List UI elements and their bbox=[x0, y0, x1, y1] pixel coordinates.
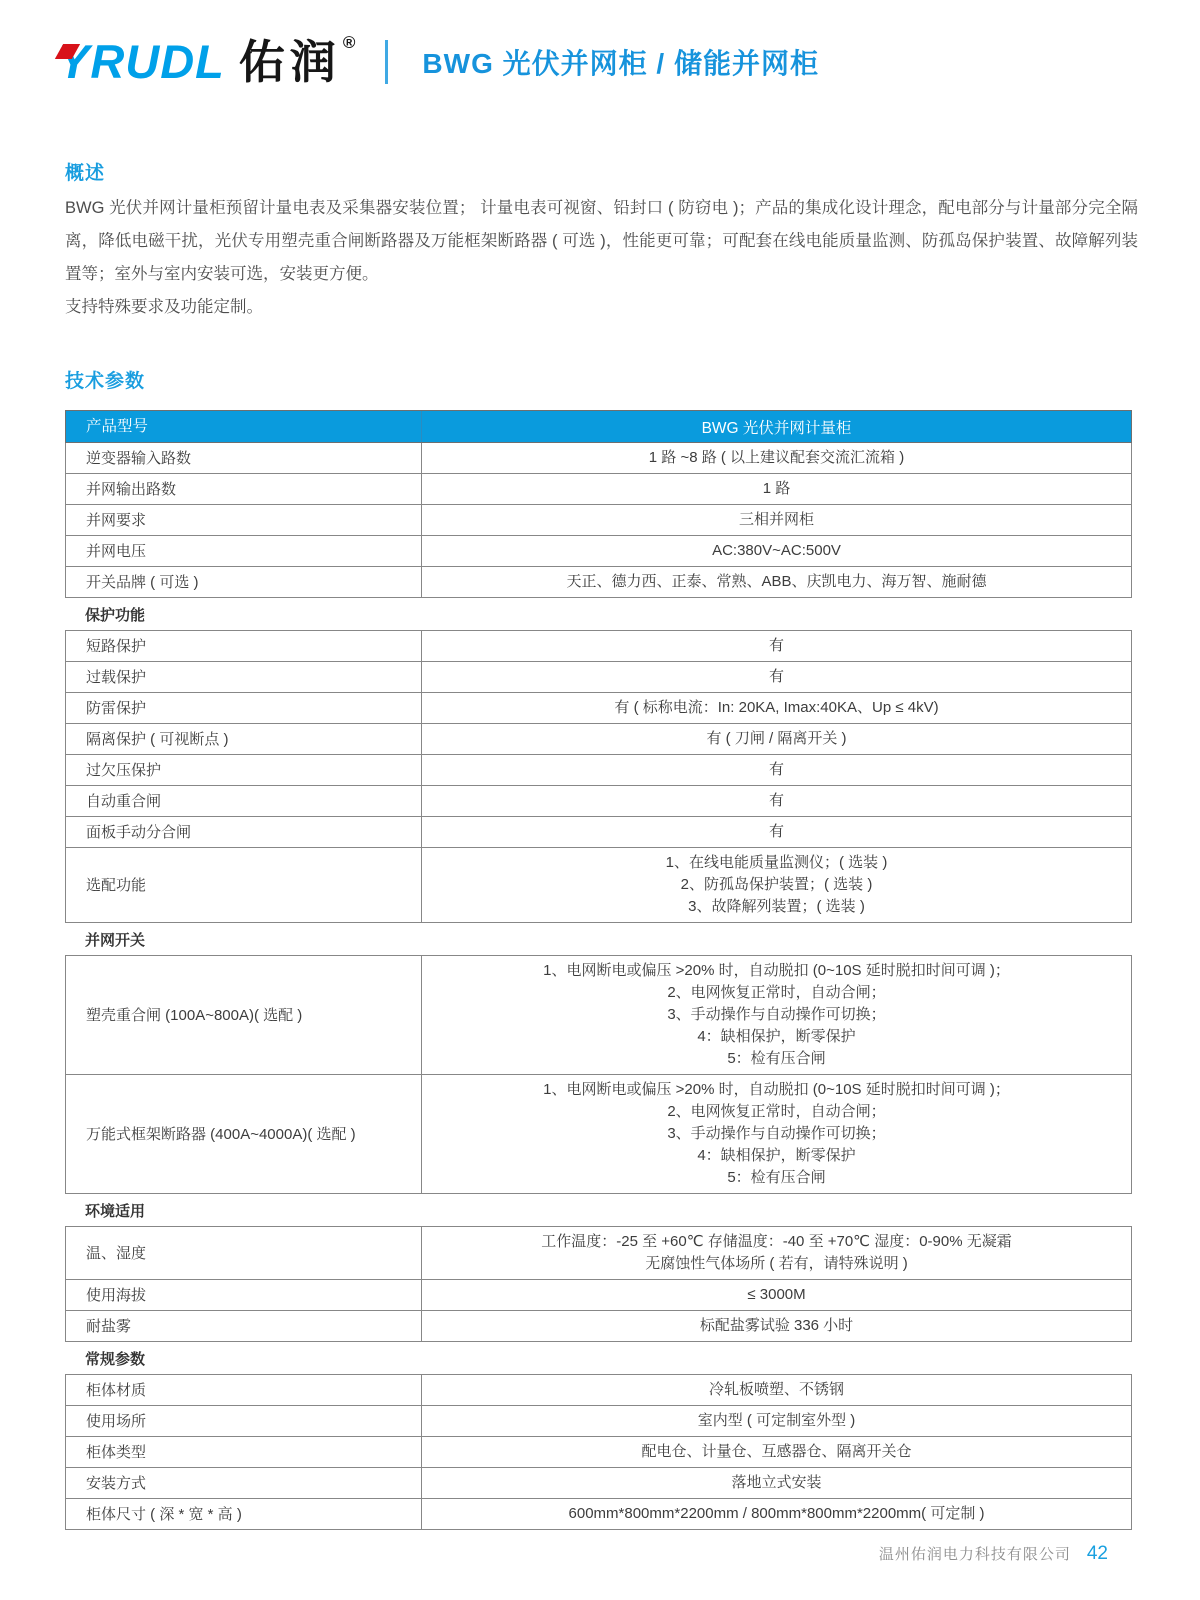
row-value: 1、电网断电或偏压 >20% 时，自动脱扣 (0~10S 延时脱扣时间可调 )；… bbox=[422, 1075, 1131, 1193]
row-label: 柜体类型 bbox=[66, 1437, 422, 1467]
row-label: 隔离保护 ( 可视断点 ) bbox=[66, 724, 422, 754]
row-value-line: 5：检有压合闸 bbox=[727, 1048, 825, 1070]
table-row: 并网要求三相并网柜 bbox=[65, 505, 1132, 536]
page-title: BWG 光伏并网柜 / 储能并网柜 bbox=[422, 42, 819, 82]
row-value-line: 有 ( 刀闸 / 隔离开关 ) bbox=[707, 728, 847, 750]
section-label: 保护功能 bbox=[65, 598, 1132, 630]
row-value: 三相并网柜 bbox=[422, 505, 1131, 535]
row-value-line: 有 bbox=[769, 821, 784, 843]
section-label: 常规参数 bbox=[65, 1342, 1132, 1374]
section-row: 保护功能 bbox=[65, 598, 1132, 631]
logo-text-en: YRUDL bbox=[58, 32, 225, 92]
row-label: 使用海拔 bbox=[66, 1280, 422, 1310]
row-value: 有 bbox=[422, 662, 1131, 692]
table-row: 短路保护有 bbox=[65, 631, 1132, 662]
row-value-line: 配电仓、计量仓、互感器仓、隔离开关仓 bbox=[641, 1441, 911, 1463]
company-name: 温州佑润电力科技有限公司 bbox=[879, 1543, 1071, 1564]
row-value: 配电仓、计量仓、互感器仓、隔离开关仓 bbox=[422, 1437, 1131, 1467]
row-value: ≤ 3000M bbox=[422, 1280, 1131, 1310]
row-value-line: 600mm*800mm*2200mm / 800mm*800mm*2200mm(… bbox=[569, 1503, 985, 1525]
table-row: 柜体类型配电仓、计量仓、互感器仓、隔离开关仓 bbox=[65, 1437, 1132, 1468]
header-divider bbox=[385, 40, 388, 84]
spec-table-header-row: 产品型号 BWG 光伏并网计量柜 bbox=[65, 410, 1132, 443]
row-label: 温、湿度 bbox=[66, 1227, 422, 1279]
table-row: 选配功能1、在线电能质量监测仪；( 选装 )2、防孤岛保护装置；( 选装 )3、… bbox=[65, 848, 1132, 923]
row-value: 1 路 ~8 路 ( 以上建议配套交流汇流箱 ) bbox=[422, 443, 1131, 473]
table-row: 万能式框架断路器 (400A~4000A)( 选配 )1、电网断电或偏压 >20… bbox=[65, 1075, 1132, 1194]
row-label: 耐盐雾 bbox=[66, 1311, 422, 1341]
row-value: 有 ( 刀闸 / 隔离开关 ) bbox=[422, 724, 1131, 754]
row-value-line: 1 路 bbox=[763, 478, 791, 500]
row-value: 标配盐雾试验 336 小时 bbox=[422, 1311, 1131, 1341]
row-label: 安装方式 bbox=[66, 1468, 422, 1498]
table-row: 隔离保护 ( 可视断点 )有 ( 刀闸 / 隔离开关 ) bbox=[65, 724, 1132, 755]
table-row: 并网输出路数1 路 bbox=[65, 474, 1132, 505]
table-row: 使用海拔≤ 3000M bbox=[65, 1280, 1132, 1311]
row-value-line: 2、电网恢复正常时，自动合闸； bbox=[667, 982, 885, 1004]
row-value: 1、电网断电或偏压 >20% 时，自动脱扣 (0~10S 延时脱扣时间可调 )；… bbox=[422, 956, 1131, 1074]
section-label: 并网开关 bbox=[65, 923, 1132, 955]
table-row: 并网电压AC:380V~AC:500V bbox=[65, 536, 1132, 567]
row-label: 面板手动分合闸 bbox=[66, 817, 422, 847]
row-label: 选配功能 bbox=[66, 848, 422, 922]
row-value-line: 标配盐雾试验 336 小时 bbox=[700, 1315, 853, 1337]
page-number: 42 bbox=[1087, 1543, 1108, 1565]
table-row: 耐盐雾标配盐雾试验 336 小时 bbox=[65, 1311, 1132, 1342]
row-value-line: 有 ( 标称电流：In: 20KA, Imax:40KA、Up ≤ 4kV) bbox=[614, 697, 938, 719]
row-value: 天正、德力西、正泰、常熟、ABB、庆凯电力、海万智、施耐德 bbox=[422, 567, 1131, 597]
row-value-line: 1、电网断电或偏压 >20% 时，自动脱扣 (0~10S 延时脱扣时间可调 )； bbox=[543, 1079, 1010, 1101]
row-value-line: 三相并网柜 bbox=[739, 509, 814, 531]
row-value: 有 bbox=[422, 817, 1131, 847]
row-label: 使用场所 bbox=[66, 1406, 422, 1436]
company-logo: YRUDL 佑润 ® bbox=[58, 32, 355, 92]
col-header-product-model: 产品型号 bbox=[66, 411, 422, 442]
spec-table-body: 逆变器输入路数1 路 ~8 路 ( 以上建议配套交流汇流箱 )并网输出路数1 路… bbox=[65, 443, 1132, 1530]
row-value-line: 4：缺相保护，断零保护 bbox=[697, 1145, 855, 1167]
row-label: 柜体尺寸 ( 深 * 宽 * 高 ) bbox=[66, 1499, 422, 1529]
table-row: 使用场所室内型 ( 可定制室外型 ) bbox=[65, 1406, 1132, 1437]
table-row: 过欠压保护有 bbox=[65, 755, 1132, 786]
row-value: 落地立式安装 bbox=[422, 1468, 1131, 1498]
logo-text-cn: 佑润 bbox=[239, 32, 341, 92]
row-value-line: 天正、德力西、正泰、常熟、ABB、庆凯电力、海万智、施耐德 bbox=[566, 571, 986, 593]
row-label: 过欠压保护 bbox=[66, 755, 422, 785]
table-row: 柜体材质冷轧板喷塑、不锈钢 bbox=[65, 1375, 1132, 1406]
row-label: 防雷保护 bbox=[66, 693, 422, 723]
row-value-line: 室内型 ( 可定制室外型 ) bbox=[698, 1410, 856, 1432]
section-row: 并网开关 bbox=[65, 923, 1132, 956]
row-value-line: 1 路 ~8 路 ( 以上建议配套交流汇流箱 ) bbox=[649, 447, 904, 469]
row-label: 短路保护 bbox=[66, 631, 422, 661]
registered-trademark-mark: ® bbox=[343, 34, 356, 51]
row-value-line: 落地立式安装 bbox=[731, 1472, 821, 1494]
row-value: 1、在线电能质量监测仪；( 选装 )2、防孤岛保护装置；( 选装 )3、故降解列… bbox=[422, 848, 1131, 922]
row-value: 有 bbox=[422, 755, 1131, 785]
spec-table: 产品型号 BWG 光伏并网计量柜 逆变器输入路数1 路 ~8 路 ( 以上建议配… bbox=[65, 410, 1132, 1530]
row-value: 工作温度：-25 至 +60℃ 存储温度：-40 至 +70℃ 湿度：0-90%… bbox=[422, 1227, 1131, 1279]
row-label: 并网要求 bbox=[66, 505, 422, 535]
row-label: 塑壳重合闸 (100A~800A)( 选配 ) bbox=[66, 956, 422, 1074]
table-row: 逆变器输入路数1 路 ~8 路 ( 以上建议配套交流汇流箱 ) bbox=[65, 443, 1132, 474]
row-value: 有 bbox=[422, 631, 1131, 661]
table-row: 过载保护有 bbox=[65, 662, 1132, 693]
row-value-line: 4：缺相保护，断零保护 bbox=[697, 1026, 855, 1048]
row-value-line: 有 bbox=[769, 666, 784, 688]
row-value-line: 无腐蚀性气体场所 ( 若有，请特殊说明 ) bbox=[645, 1253, 908, 1275]
page-footer: 温州佑润电力科技有限公司 42 bbox=[879, 1543, 1108, 1565]
row-value-line: 冷轧板喷塑、不锈钢 bbox=[709, 1379, 844, 1401]
row-label: 并网输出路数 bbox=[66, 474, 422, 504]
row-value-line: 1、在线电能质量监测仪；( 选装 ) bbox=[666, 852, 888, 874]
row-label: 并网电压 bbox=[66, 536, 422, 566]
logo-en-letters: YRUDL bbox=[58, 35, 225, 88]
section-label: 环境适用 bbox=[65, 1194, 1132, 1226]
overview-heading: 概述 bbox=[65, 158, 105, 185]
table-row: 自动重合闸有 bbox=[65, 786, 1132, 817]
row-label: 万能式框架断路器 (400A~4000A)( 选配 ) bbox=[66, 1075, 422, 1193]
table-row: 温、湿度工作温度：-25 至 +60℃ 存储温度：-40 至 +70℃ 湿度：0… bbox=[65, 1227, 1132, 1280]
overview-paragraph-2: 支持特殊要求及功能定制。 bbox=[65, 291, 1138, 324]
catalog-page: YRUDL 佑润 ® BWG 光伏并网柜 / 储能并网柜 概述 BWG 光伏并网… bbox=[0, 0, 1200, 1600]
row-value-line: AC:380V~AC:500V bbox=[712, 540, 841, 562]
overview-paragraph: BWG 光伏并网计量柜预留计量电表及采集器安装位置； 计量电表可视窗、铅封口 (… bbox=[65, 192, 1138, 291]
section-row: 常规参数 bbox=[65, 1342, 1132, 1375]
row-label: 开关品牌 ( 可选 ) bbox=[66, 567, 422, 597]
row-value: 1 路 bbox=[422, 474, 1131, 504]
table-row: 柜体尺寸 ( 深 * 宽 * 高 )600mm*800mm*2200mm / 8… bbox=[65, 1499, 1132, 1530]
row-value-line: 2、防孤岛保护装置；( 选装 ) bbox=[681, 874, 873, 896]
row-value-line: 工作温度：-25 至 +60℃ 存储温度：-40 至 +70℃ 湿度：0-90%… bbox=[541, 1231, 1011, 1253]
row-label: 自动重合闸 bbox=[66, 786, 422, 816]
row-value: 室内型 ( 可定制室外型 ) bbox=[422, 1406, 1131, 1436]
section-row: 环境适用 bbox=[65, 1194, 1132, 1227]
row-value-line: 3、手动操作与自动操作可切换； bbox=[667, 1004, 885, 1026]
table-row: 塑壳重合闸 (100A~800A)( 选配 )1、电网断电或偏压 >20% 时，… bbox=[65, 956, 1132, 1075]
row-value-line: 有 bbox=[769, 635, 784, 657]
page-header: YRUDL 佑润 ® BWG 光伏并网柜 / 储能并网柜 bbox=[58, 30, 1140, 94]
row-value: 冷轧板喷塑、不锈钢 bbox=[422, 1375, 1131, 1405]
row-value: 有 ( 标称电流：In: 20KA, Imax:40KA、Up ≤ 4kV) bbox=[422, 693, 1131, 723]
row-value: 600mm*800mm*2200mm / 800mm*800mm*2200mm(… bbox=[422, 1499, 1131, 1529]
table-row: 防雷保护有 ( 标称电流：In: 20KA, Imax:40KA、Up ≤ 4k… bbox=[65, 693, 1132, 724]
overview-body: BWG 光伏并网计量柜预留计量电表及采集器安装位置； 计量电表可视窗、铅封口 (… bbox=[65, 192, 1138, 324]
row-value-line: ≤ 3000M bbox=[747, 1284, 805, 1306]
table-row: 开关品牌 ( 可选 )天正、德力西、正泰、常熟、ABB、庆凯电力、海万智、施耐德 bbox=[65, 567, 1132, 598]
row-value-line: 有 bbox=[769, 759, 784, 781]
row-label: 逆变器输入路数 bbox=[66, 443, 422, 473]
row-label: 柜体材质 bbox=[66, 1375, 422, 1405]
row-value-line: 3、故降解列装置；( 选装 ) bbox=[688, 896, 865, 918]
table-row: 安装方式落地立式安装 bbox=[65, 1468, 1132, 1499]
col-header-product-name: BWG 光伏并网计量柜 bbox=[422, 411, 1131, 442]
table-row: 面板手动分合闸有 bbox=[65, 817, 1132, 848]
row-value-line: 2、电网恢复正常时，自动合闸； bbox=[667, 1101, 885, 1123]
row-value-line: 5：检有压合闸 bbox=[727, 1167, 825, 1189]
tech-params-heading: 技术参数 bbox=[65, 366, 145, 393]
row-label: 过载保护 bbox=[66, 662, 422, 692]
row-value-line: 有 bbox=[769, 790, 784, 812]
row-value-line: 3、手动操作与自动操作可切换； bbox=[667, 1123, 885, 1145]
row-value: AC:380V~AC:500V bbox=[422, 536, 1131, 566]
row-value-line: 1、电网断电或偏压 >20% 时，自动脱扣 (0~10S 延时脱扣时间可调 )； bbox=[543, 960, 1010, 982]
row-value: 有 bbox=[422, 786, 1131, 816]
